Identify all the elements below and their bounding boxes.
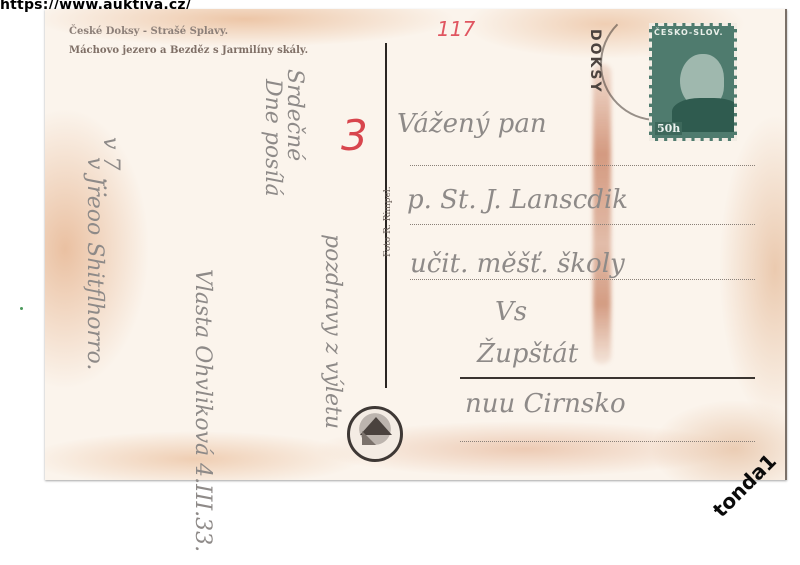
address-dotted-line <box>410 165 755 166</box>
decorative-dot <box>20 307 23 310</box>
postmark-text: DOKSY <box>587 29 603 94</box>
message-line: Vlasta Ohvliková 4.III.33. <box>190 269 215 552</box>
postcard: České Doksy - Strašé Splavy. Máchovo jez… <box>45 9 787 480</box>
red-annotation-number: 117 <box>437 17 475 41</box>
address-line: p. St. J. Lanscdik <box>407 185 628 215</box>
publisher-logo-icon <box>347 406 403 462</box>
address-line: Vs <box>495 297 527 327</box>
message-line: Srdečné <box>282 69 307 161</box>
address-line: nuu Cirnsko <box>465 389 626 419</box>
address-dotted-line <box>410 224 755 225</box>
address-line: Župštát <box>477 339 578 369</box>
printed-title-line1: České Doksy - Strašé Splavy. <box>69 26 228 37</box>
red-annotation-mark: 3 <box>341 111 368 160</box>
stamp-value: 50h <box>655 122 682 135</box>
postage-stamp: ČESKO-SLOV. 50h <box>649 23 737 141</box>
photo-credit: Foto R. Rimpel. <box>383 186 393 257</box>
message-line: Dne posílá <box>260 79 285 197</box>
address-dotted-line <box>460 441 755 442</box>
message-line: pozdravy z výletu <box>320 234 345 429</box>
message-line: v Jreoo Shitflhorro. <box>82 157 107 370</box>
address-line: učit. měšť. školy <box>410 249 625 279</box>
stamp-country: ČESKO-SLOV. <box>654 28 734 37</box>
sail-icon <box>362 431 376 445</box>
printed-title-line2: Máchovo jezero a Bezděz s Jarmilíny skál… <box>69 45 308 56</box>
address-line: Vážený pan <box>397 109 547 139</box>
address-solid-line <box>460 377 755 379</box>
address-dotted-line <box>410 279 755 280</box>
